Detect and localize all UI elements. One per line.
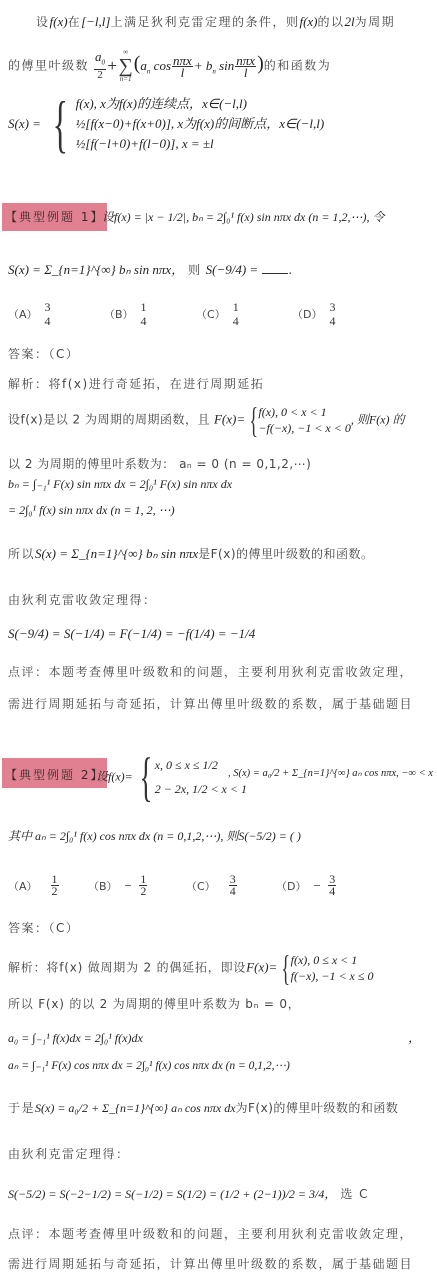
intro-sx-cases: S(x) = { f(x), x为f(x)的连续点，x∈(−l,l) ½[f(x… (8, 92, 324, 156)
example-2-result-line: S(−5/2) = S(−2−1/2) = S(−1/2) = S(1/2) =… (8, 1186, 369, 1202)
stem-math: 设f(x)= (96, 770, 133, 784)
brace-icon: { (53, 92, 68, 156)
brace-icon: { (249, 402, 258, 438)
example-1-theorem-line: 由狄利克雷收敛定理得： (8, 592, 157, 608)
brace-icon: { (139, 750, 152, 804)
analysis-math: S(x) = a₀/2 + Σ_{n=1}^{∞} aₙ cos nπx dx (35, 1101, 236, 1115)
example-1-analysis-line-2: 设f(x)是以 2 为周期的周期函数，且 F(x)={f(x), 0 < x <… (8, 402, 405, 438)
option-value: 34 (45, 300, 51, 328)
example-2-answer: 答案：（C） (8, 920, 79, 936)
option-value: 14 (233, 300, 239, 328)
analysis-math: F(x)= (246, 960, 277, 975)
intro-text: 为周期 (355, 15, 396, 29)
result-math: S(−5/2) = S(−2−1/2) = S(−1/2) = S(1/2) =… (8, 1187, 336, 1201)
example-1-option-b[interactable]: （B） 14 (104, 300, 148, 328)
intro-math: [−l,l] (81, 14, 110, 29)
cases-block: f(x), x为f(x)的连续点，x∈(−l,l) ½[f(x−0)+f(x+0… (76, 94, 325, 154)
case-row: ½[f(x−0)+f(x+0)], x为f(x)的间断点，x∈(−l,l) (76, 114, 325, 134)
example-2-analysis-line-3-comma: ， (408, 1030, 421, 1046)
example-2-analysis-line-4: aₙ = ∫₋₁¹ F(x) cos nπx dx = 2∫₀¹ f(x) co… (8, 1058, 290, 1074)
example-2-option-b[interactable]: （B） − 12 (88, 874, 148, 897)
sum-symbol: ∞∑n=1 (118, 48, 132, 84)
case-row: f(x), x为f(x)的连续点，x∈(−l,l) (76, 94, 325, 114)
example-2-analysis-line-1: 解析：将f(x) 做周期为 2 的偶延拓，即设F(x)={f(x), 0 ≤ x… (8, 950, 373, 986)
example-1-result-line: S(−9/4) = S(−1/4) = F(−1/4) = −f(1/4) = … (8, 626, 255, 642)
example-1-analysis-line-4: bₙ = ∫₋₁¹ F(x) sin nπx dx = 2∫₀¹ F(x) si… (8, 476, 232, 492)
option-value: 34 (328, 874, 336, 897)
example-2-analysis-line-2: 所以 F(x) 的以 2 为周期的傅里叶系数为 bₙ = 0， (8, 996, 301, 1012)
option-label: （A） (8, 878, 38, 894)
option-value: 14 (141, 300, 147, 328)
example-2-comment-line-1: 点评：本题考查傅里叶级数和的问题，主要利用狄利克雷收敛定理， (8, 1226, 413, 1242)
example-1-comment-line-1: 点评：本题考查傅里叶级数和的问题，主要利用狄利克雷收敛定理， (8, 664, 413, 680)
analysis-text: 解析：将f(x) 做周期为 2 的偶延拓，即设 (8, 961, 246, 975)
case-row: ½[f(−l+0)+f(l−0)], x = ±l (76, 134, 325, 154)
intro-math: 2l (345, 14, 355, 29)
sx-label: S(x) = (8, 116, 41, 131)
stem-text: 则 (188, 263, 202, 277)
example-2-stem-line-1-suffix: , S(x) = a₀/2 + Σ_{n=1}^{∞} aₙ cos nπx, … (228, 766, 437, 782)
intro-text: 在 (68, 15, 82, 29)
intro-text: 的以 (318, 15, 345, 29)
intro-line-2: 的傅里叶级数 a02+∞∑n=1(an cosnπxl+ bn sinnπxl)… (8, 48, 331, 84)
option-label: （D） (292, 306, 322, 322)
example-2-tag: 【典型例题 2】 (2, 758, 107, 788)
intro-math: f(x) (299, 14, 317, 29)
example-2-stem-line-1: 设f(x)={x, 0 ≤ x ≤ 1/22 − 2x, 1/2 < x < 1 (96, 750, 247, 804)
analysis-text: 是F(x)的傅里叶级数的和函数。 (198, 547, 373, 561)
example-1-analysis-line-5: = 2∫₀¹ f(x) sin nπx dx (n = 1, 2, ⋯) (8, 502, 175, 518)
example-1-option-a[interactable]: （A） 34 (8, 300, 52, 328)
stem-query: S(−9/4) = (206, 262, 259, 277)
option-label: （C） (186, 878, 216, 894)
example-1-option-d[interactable]: （D） 34 (292, 300, 336, 328)
example-2-option-d[interactable]: （D） − 34 (276, 874, 337, 897)
intro-line-1: 设f(x)在[−l,l]上满足狄利克雷定理的条件，则f(x)的以2l为周期 (36, 14, 395, 30)
analysis-text: 于是 (8, 1101, 35, 1115)
stem-math: S(x) = Σ_{n=1}^{∞} bₙ sin nπx， (8, 262, 184, 277)
option-value: 12 (51, 874, 59, 897)
result-text: 选 C (340, 1187, 369, 1201)
intro-text: 的傅里叶级数 (8, 59, 89, 73)
example-2-stem-line-2: 其中 aₙ = 2∫₀¹ f(x) cos nπx dx (n = 0,1,2,… (8, 828, 301, 844)
example-1-stem-line-1: 设f(x) = |x − 1/2|, bₙ = 2∫₀¹ f(x) sin nπ… (102, 209, 384, 225)
example-2-option-a[interactable]: （A） 12 (8, 874, 60, 897)
example-1-stem-line-2: S(x) = Σ_{n=1}^{∞} bₙ sin nπx， 则 S(−9/4)… (8, 262, 292, 278)
example-1-analysis-title: 解析：将f(x)进行奇延拓，在进行周期延拓 (8, 376, 264, 392)
option-value: 34 (229, 874, 237, 897)
option-value: 12 (139, 874, 147, 897)
fraction: a02 (94, 51, 106, 81)
option-label: （A） (8, 306, 38, 322)
example-1-option-c[interactable]: （C） 14 (196, 300, 240, 328)
example-1-answer: 答案：（C） (8, 346, 79, 362)
intro-text: 上满足狄利克雷定理的条件，则 (110, 15, 299, 29)
example-2-comment-line-2: 需进行周期延拓与奇延拓，计算出傅里叶级数的系数，属于基础题目 (8, 1256, 413, 1272)
analysis-math: S(x) = Σ_{n=1}^{∞} bₙ sin nπx (35, 546, 198, 561)
example-1-comment-line-2: 需进行周期延拓与奇延拓，计算出傅里叶级数的系数，属于基础题目 (8, 696, 413, 712)
example-1-tag: 【典型例题 1】 (2, 203, 107, 231)
cases-block: f(x), 0 ≤ x < 1f(−x), −1 < x ≤ 0 (291, 952, 374, 984)
option-label: （C） (196, 306, 226, 322)
analysis-text: 设f(x)是以 2 为周期的周期函数，且 (8, 413, 210, 427)
example-2-analysis-line-5: 于是S(x) = a₀/2 + Σ_{n=1}^{∞} aₙ cos nπx d… (8, 1100, 398, 1116)
option-label: （B） (88, 878, 118, 894)
example-2-option-c[interactable]: （C） 34 (186, 874, 238, 897)
example-2-analysis-line-3: a₀ = ∫₋₁¹ f(x)dx = 2∫₀¹ f(x)dx (8, 1030, 143, 1046)
cases-block: f(x), 0 < x < 1−f(−x), −1 < x < 0 (258, 404, 350, 436)
option-label: （B） (104, 306, 134, 322)
example-1-analysis-line-3: 以 2 为周期的傅里叶系数为： aₙ = 0 (n = 0,1,2,⋯) (8, 456, 311, 472)
intro-math: f(x) (50, 14, 68, 29)
analysis-text: 为F(x)的傅里叶级数的和函数 (236, 1101, 399, 1115)
example-1-analysis-line-6: 所以S(x) = Σ_{n=1}^{∞} bₙ sin nπx是F(x)的傅里叶… (8, 546, 374, 562)
example-2-theorem-line: 由狄利克雷定理得： (8, 1146, 130, 1162)
option-value: 34 (329, 300, 335, 328)
analysis-text: 所以 (8, 547, 35, 561)
intro-text: 设 (36, 15, 50, 29)
answer-blank (262, 273, 288, 274)
brace-icon: { (282, 950, 291, 986)
intro-text: 的和函数为 (264, 59, 332, 73)
option-label: （D） (276, 878, 306, 894)
